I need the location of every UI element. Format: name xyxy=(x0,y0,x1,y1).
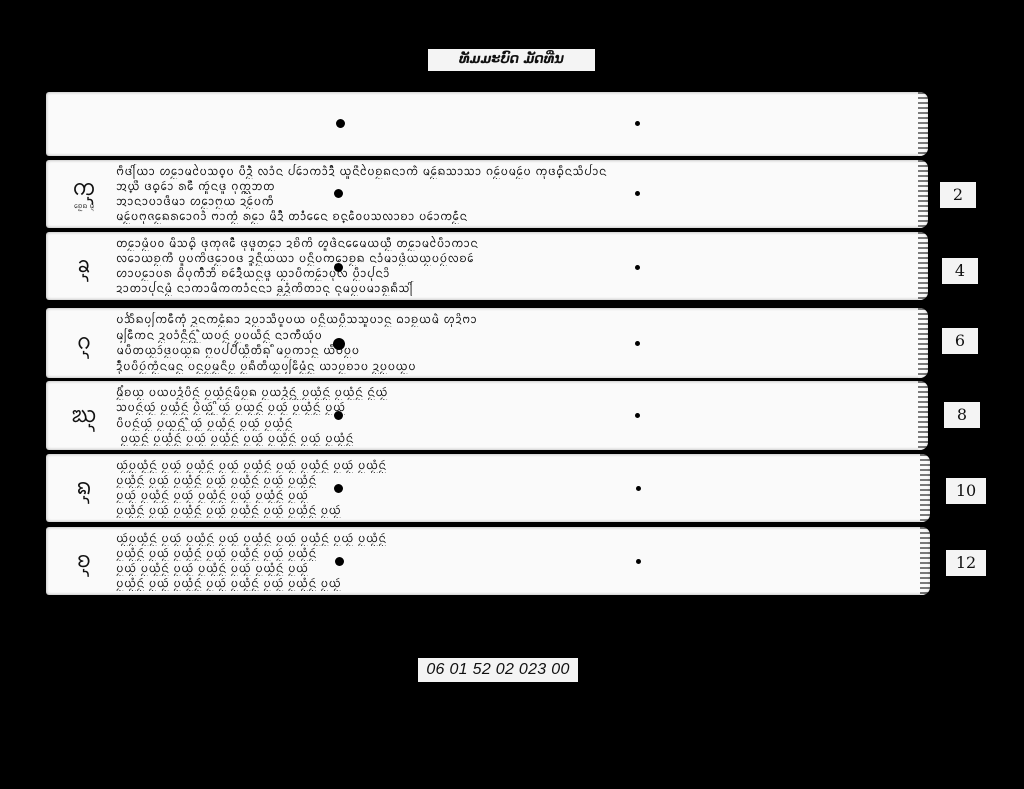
text-line: ᨷᩬᨿᩬᩴᨶᩬᩢ ᨷᩬᨿᩬᩢ ᨷᩬᨿᩬᩴᨶᩬᩢ ᨷᩬᨿᩬᩢ ᨷᩬᨿᩬᩴᨶᩬᩢ ᨷ… xyxy=(116,503,912,518)
string-hole xyxy=(335,557,344,566)
string-hole xyxy=(334,484,343,493)
leaf-text: ᨾᩬᩥᩴᨧᨿᩬ ᨷᨿᨷᨯᩬᩴᨷᩥᨶᩬᩢ ᨷᩬᨿᩬᩴᨶᩬᩢᨾᩥᨷᩬᨦ ᨷᩬᨿᨯᩬᩴ… xyxy=(116,385,910,446)
leaf-frayed-edge xyxy=(918,381,928,450)
text-line: ᨷᩬᨿᩬᩴᨶᩬᩢ ᨷᩬᨿᩬᩢ ᨷᩬᨿᩬᩴᨶᩬᩢ ᨷᩬᨿᩬᩢ ᨷᩬᨿᩬᩴᨶᩬᩢ ᨷ… xyxy=(116,576,912,591)
text-line: ᩦ ᨷᩬᨿᩬᨶᩬᩢ ᨷᩬᨿᩬᩴᨶᩬᩢ ᨷᩬᨿᩬᩢ ᨷᩬᨿᩬᩴᨶᩬᩢ ᨷᩬᨿᩬᩢ … xyxy=(116,431,910,446)
folio-letter: ᨠ᩠ᨶ xyxy=(72,178,95,200)
leaf-text: ᨻᩥᨴᩕᩦᨿᩣ ᩉᩮᩬᩣᨾᩱᨷᩈ᩠ᩅᨷ ᨷᩥᨯᩬᩴᩫ ᩃᩣᩴᨶ ᨸᩮᩢᩣᨠᩣᩫᨯ… xyxy=(116,164,910,224)
folio-letter: ᨦ᩠ᨶ xyxy=(76,477,91,499)
palm-leaf-3: ᨣ᩠ᨶ ᨷᨨᩥᨦᨷᩭᨠᩮᩢᩥᨠᩩᩴ ᨯᩬᨶᨠᩮᩬᩴᨦᩣ ᨯᨷᩬᩣᩈᩥᨷᩪᨷᨿ ᨷ… xyxy=(46,308,928,378)
page-number-label: 6 xyxy=(942,328,978,354)
string-hole xyxy=(334,263,343,272)
text-line: ᨻᩥᨴᩕᩦᨿᩣ ᩉᩮᩬᩣᨾᩱᨷᩈ᩠ᩅᨷ ᨷᩥᨯᩬᩴᩫ ᩃᩣᩴᨶ ᨸᩮᩢᩣᨠᩣᩫᨯ… xyxy=(116,164,910,179)
string-hole xyxy=(636,486,641,491)
text-line: ᩋᩣᨶᩣᨷᩣᨴᩥᨾᩣ ᩉᩮᩬᩣᨻᩬᨿ ᨯᩮᩢᩬᨷᨠᩥ xyxy=(116,194,910,209)
leaf-text: ᨿᩬᩢᨷᩬᨿᩬᩴᨶᩬᩢ ᨷᩬᨿᩬᩢ ᨷᩬᨿᩬᩴᨶᩬᩢ ᨷᩬᨿᩬᩢ ᨷᩬᨿᩬᩴᨶᩬ… xyxy=(116,531,912,591)
leaf-frayed-edge xyxy=(918,308,928,378)
string-hole xyxy=(334,411,343,420)
page-number-label: 4 xyxy=(942,258,978,284)
palm-leaf-blank xyxy=(46,92,928,156)
string-hole xyxy=(635,121,640,126)
text-line: ᩈᨷᨶᩬᩢᨿᩬᩢ ᨷᩬᨿᩬᩴᨶᩬᩢ ᨷᩬᩫᨿᩬᩢ ᩬᩦᨿᩬᩢ ᨷᩬᨿᩬᨶᩬᩢ ᨷ… xyxy=(116,400,910,415)
folio-letter: ᨥ᩠ᨶ xyxy=(71,405,97,427)
text-line: ᨷᩬᨿᩬᩴᨶᩬᩢ ᨷᩬᨿᩬᩢ ᨷᩬᨿᩬᩴᨶᩬᩢ ᨷᩬᨿᩬᩢ ᨷᩬᨿᩬᩴᨶᩬᩢ ᨷ… xyxy=(116,546,912,561)
leaf-frayed-edge xyxy=(918,160,928,228)
palm-leaf-4: ᨥ᩠ᨶ ᨾᩬᩥᩴᨧᨿᩬ ᨷᨿᨷᨯᩬᩴᨷᩥᨶᩬᩢ ᨷᩬᨿᩬᩴᨶᩬᩢᨾᩥᨷᩬᨦ ᨷᩬ… xyxy=(46,381,928,450)
text-line: ᩃᩮᩣᨿᨧᩬᨠᩨ ᨷᩪᨷᨠᩦᨴᩮᩬᩣᩅᨴ ᨯᩪᨶᩬᩥᨿᨿᩣ ᨷᨶᩬᩥᨷᨠᩮᩬᩣᨧ… xyxy=(116,251,910,266)
palm-leaf-1: ᨠ᩠ᨶ ᨧᩮᩬᨦ ᨾᩢ᩠ᨶ ᨻᩥᨴᩕᩦᨿᩣ ᩉᩮᩬᩣᨾᩱᨷᩈ᩠ᩅᨷ ᨷᩥᨯᩬᩴᩫ… xyxy=(46,160,928,228)
string-hole xyxy=(336,119,345,128)
leaf-frayed-edge xyxy=(918,92,928,156)
string-hole xyxy=(333,338,345,350)
leaf-margin: ᨧ᩠ᨶ xyxy=(64,527,104,595)
palm-leaf-5: ᨦ᩠ᨶ ᨿᩬᩢᨷᩬᨿᩬᩴᨶᩬᩢ ᨷᩬᨿᩬᩢ ᨷᩬᨿᩬᩴᨶᩬᩢ ᨷᩬᨿᩬᩢ ᨷᩬᨿ… xyxy=(46,454,930,522)
string-hole xyxy=(635,191,640,196)
string-hole xyxy=(635,265,640,270)
manuscript-title-label: ທັມມະບົດ ມັດທີ່ນ xyxy=(428,49,595,71)
folio-letter: ᨧ᩠ᨶ xyxy=(77,550,92,572)
palm-leaf-2: ᨡ᩠ᨶ ᨲᩮᩬᩣᨾᩬᩴᨷᩅ ᨾᩥᩈ᩠ᨵᩦ ᨴᩩᨠᩩᨩᩮᩢᩫᩦ ᨴᩩᨴᩪᨲᩮᩬᩣ … xyxy=(46,232,928,300)
page-number-label: 8 xyxy=(944,402,980,428)
text-line: ᨷᨨᩥᨦᨷᩭᨠᩮᩢᩥᨠᩩᩴ ᨯᩬᨶᨠᩮᩬᩴᨦᩣ ᨯᨷᩬᩣᩈᩥᨷᩪᨷᨿ ᨷᨶᩬᩥᨿ… xyxy=(116,312,910,327)
page-number-label: 10 xyxy=(946,478,986,504)
text-line: ᨯᩩᩴᩥᨷᨷᩥᨷᩬᩢᨠᩬᩴᨶᨾᨶᩬ ᨷᨶᩬᨷᩬᨾᩬᨶᩥᨷᩬ ᨷᩬᨦᩥᨲᩥᨿᩬᨷᩭ… xyxy=(116,359,910,374)
leaf-margin: ᨣ᩠ᨶ xyxy=(64,308,104,378)
text-line: ᨿᩬᩢᨷᩬᨿᩬᩴᨶᩬᩢ ᨷᩬᨿᩬᩢ ᨷᩬᨿᩬᩴᨶᩬᩢ ᨷᩬᨿᩬᩢ ᨷᩬᨿᩬᩴᨶᩬ… xyxy=(116,531,912,546)
leaf-margin: ᨡ᩠ᨶ xyxy=(64,232,104,300)
text-line: ᨾᩮᩢᩬᨷᨻᩩᨩᩮᩬᨦᩁᩮᩣᨣᩣᩫ ᨻᩣᨠᩬᩴ ᩁᩮᩬᩣ ᨾᩥᨯᩥᩫ ᨲᩣᩴᩴᩴ… xyxy=(116,209,910,224)
text-line: ᩋ᩠ᨿᩨ ᨴ᩠ᨵᩮᩢᩣ ᩁᩮᩨᩢ ᨠᩪᩢᨶᨴᩪ ᨣᩩᨠᩬᩖᨽᨲ xyxy=(116,179,910,194)
string-hole xyxy=(635,413,640,418)
text-line: ᨷᩬᨿᩬᩢ ᨷᩬᨿᩬᩴᨶᩬᩢ ᨷᩬᨿᩬᩢ ᨷᩬᨿᩬᩴᨶᩬᩢ ᨷᩬᨿᩬᩢ ᨷᩬᨿᩬ… xyxy=(116,561,912,576)
leaf-margin: ᨦ᩠ᨶ xyxy=(64,454,104,522)
leaf-text: ᨿᩬᩢᨷᩬᨿᩬᩴᨶᩬᩢ ᨷᩬᨿᩬᩢ ᨷᩬᨿᩬᩴᨶᩬᩢ ᨷᩬᨿᩬᩢ ᨷᩬᨿᩬᩴᨶᩬ… xyxy=(116,458,912,518)
catalog-code-label: 06 01 52 02 023 00 xyxy=(418,658,578,682)
palm-leaf-6: ᨧ᩠ᨶ ᨿᩬᩢᨷᩬᨿᩬᩴᨶᩬᩢ ᨷᩬᨿᩬᩢ ᨷᩬᨿᩬᩴᨶᩬᩢ ᨷᩬᨿᩬᩢ ᨷᩬᨿ… xyxy=(46,527,930,595)
text-line: ᩩᩢᩩᨾᨷᩥᨲᨿᩬᩣᩢᨴᩬᨷᨿᩬᨦ ᨻᩬᨷᨸᨸᩥᨿᩬᩥᨲᩥᨦᩩ ᩥᨾᨷᩬᨠᩣᨶᩬ… xyxy=(116,343,910,358)
page-number-label: 12 xyxy=(946,550,986,576)
text-line: ᨲᩮᩬᩣᨾᩬᩴᨷᩅ ᨾᩥᩈ᩠ᨵᩦ ᨴᩩᨠᩩᨩᩮᩢᩫᩦ ᨴᩩᨴᩪᨲᩮᩬᩣ ᨯᨧᩦᨠ… xyxy=(116,236,910,251)
text-line: ᨾᩬᩥᩴᨧᨿᩬ ᨷᨿᨷᨯᩬᩴᨷᩥᨶᩬᩢ ᨷᩬᨿᩬᩴᨶᩬᩢᨾᩥᨷᩬᨦ ᨷᩬᨿᨯᩬᩴ… xyxy=(116,385,910,400)
string-hole xyxy=(636,559,641,564)
text-line: ᩉᩣᨷᩮᩬᩣᨷᩁ ᨵᩦᨷᩩᨠᩥᩫᨽᩥ ᨧᩮᩢᨯᩥᩫᨿᨶᩬᨴᩪ ᨿᩬᩣᨷᩥᨠᩮᩢᩬ… xyxy=(116,266,910,281)
leaf-text: ᨷᨨᩥᨦᨷᩭᨠᩮᩢᩥᨠᩩᩴ ᨯᩬᨶᨠᩮᩬᩴᨦᩣ ᨯᨷᩬᩣᩈᩥᨷᩪᨷᨿ ᨷᨶᩬᩥᨿ… xyxy=(116,312,910,374)
page-number-label: 2 xyxy=(940,182,976,208)
text-line: ᨷᩬᨿᩬᩢ ᨷᩬᨿᩬᩴᨶᩬᩢ ᨷᩬᨿᩬᩢ ᨷᩬᨿᩬᩴᨶᩬᩢ ᨷᩬᨿᩬᩢ ᨷᩬᨿᩬ… xyxy=(116,488,912,503)
folio-letter: ᨡ᩠ᨶ xyxy=(77,255,91,277)
text-line: ᨿᩬᩢᨷᩬᨿᩬᩴᨶᩬᩢ ᨷᩬᨿᩬᩢ ᨷᩬᨿᩬᩴᨶᩬᩢ ᨷᩬᨿᩬᩢ ᨷᩬᨿᩬᩴᨶᩬ… xyxy=(116,458,912,473)
leaf-margin: ᨥ᩠ᨶ xyxy=(64,381,104,450)
leaf-text: ᨲᩮᩬᩣᨾᩬᩴᨷᩅ ᨾᩥᩈ᩠ᨵᩦ ᨴᩩᨠᩩᨩᩮᩢᩫᩦ ᨴᩩᨴᩪᨲᩮᩬᩣ ᨯᨧᩦᨠ… xyxy=(116,236,910,296)
text-line: ᨯᩣᨲᩣᨸᩩᨶᨾᩬᩴ ᨶᩣᨠᩣᨾᩥᨠᨠᩣᩴᨶᨶᩣ ᨡᩬᨯᩬᩴᨠᩦᨲᩣᨶᩩ ᨶᩩᨾ… xyxy=(116,281,910,296)
text-line: ᨾᩭᩮᩢᩥᨠᨶ ᨯᩬᨷᩣᩴᨶᩬᩥᨶᩬᩢ ᩫᩬᨿᨷᨶᩬᩢ ᨷᩬᨷᨿᩥᨶᩬᩢ ᨶᩣᨠ… xyxy=(116,328,910,343)
leaf-frayed-edge xyxy=(918,232,928,300)
string-hole xyxy=(334,189,343,198)
folio-letter: ᨣ᩠ᨶ xyxy=(77,332,92,354)
margin-note: ᨧᩮᩬᨦ ᨾᩢ᩠ᨶ xyxy=(74,202,94,210)
text-line: ᨷᩥᨷᨶᩬᩢᨿᩬᩢ ᨷᩬᨿᩬᨶᩬᩢ ᩬᩫᨿᩬᩢ ᨷᩬᨿᩬᩴᨶᩬᩢ ᨷᩬᨿᩬᩢ ᨷ… xyxy=(116,416,910,431)
text-line: ᨷᩬᨿᩬᩴᨶᩬᩢ ᨷᩬᨿᩬᩢ ᨷᩬᨿᩬᩴᨶᩬᩢ ᨷᩬᨿᩬᩢ ᨷᩬᨿᩬᩴᨶᩬᩢ ᨷ… xyxy=(116,473,912,488)
string-hole xyxy=(635,341,640,346)
leaf-margin: ᨠ᩠ᨶ ᨧᩮᩬᨦ ᨾᩢ᩠ᨶ xyxy=(64,160,104,228)
leaf-frayed-edge xyxy=(920,527,930,595)
leaf-frayed-edge xyxy=(920,454,930,522)
